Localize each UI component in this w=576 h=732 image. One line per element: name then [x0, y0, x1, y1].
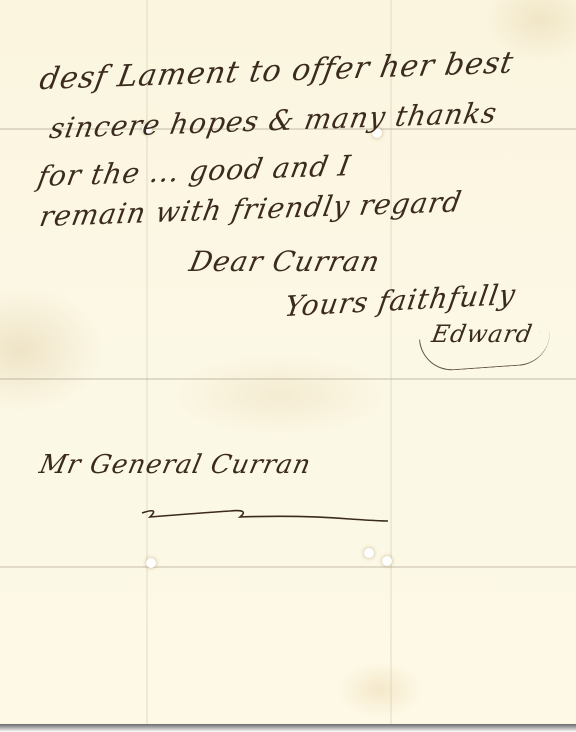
paper-hole: [364, 548, 374, 558]
letter-body-line: remain with friendly regard: [37, 185, 465, 233]
paper-hole: [146, 558, 156, 568]
letter-body-line: for the ... good and I: [35, 149, 354, 193]
letter-body-line: sincere hopes & many thanks: [47, 96, 500, 145]
closing: Yours faithfully: [282, 278, 518, 323]
scan-edge: [0, 724, 576, 732]
address-line: Mr General Curran: [37, 450, 314, 480]
fold-line: [0, 378, 576, 380]
fold-line: [0, 566, 576, 568]
salutation: Dear Curran: [186, 245, 383, 278]
paper-hole: [382, 556, 392, 566]
letter-body-line: desf Lament to offer her best: [37, 45, 517, 97]
underline-flourish: [140, 505, 390, 525]
letter-page: desf Lament to offer her best sincere ho…: [0, 0, 576, 732]
